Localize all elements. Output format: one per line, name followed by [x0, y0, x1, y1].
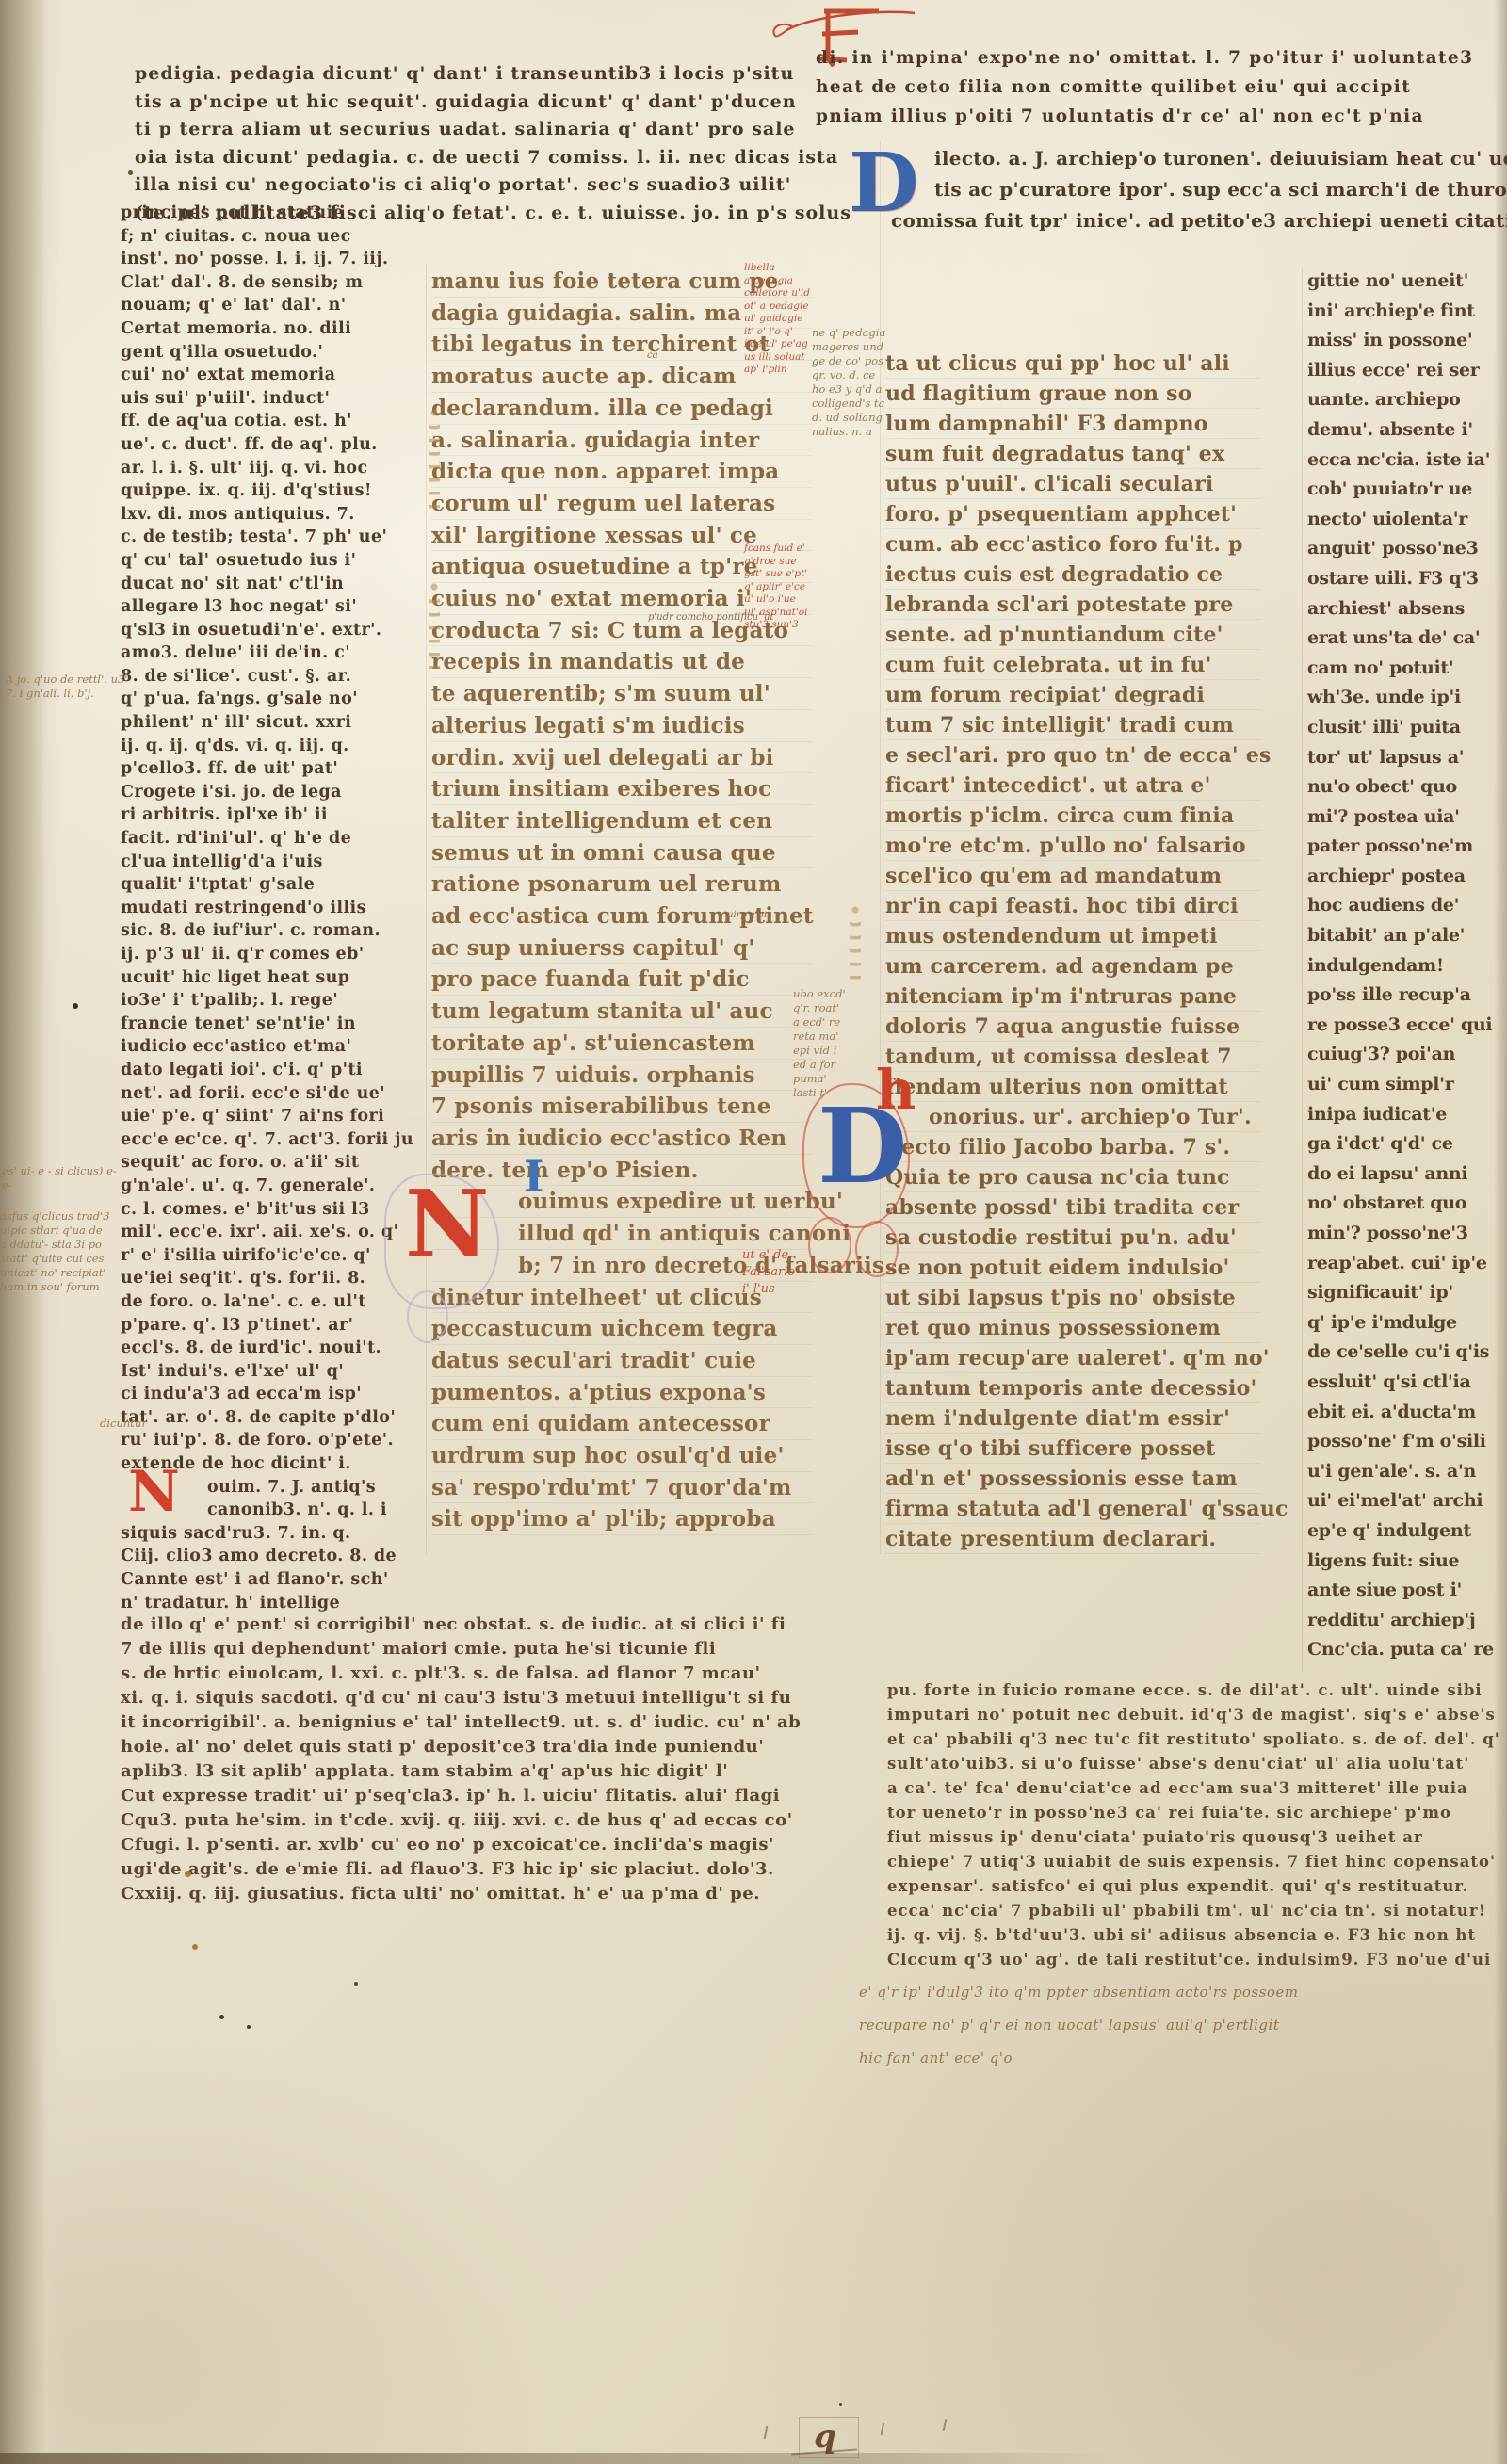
text-line: fiut missus ip' denu'ciata' puiato'ris q… [887, 1825, 1475, 1850]
tick-mark [943, 2419, 948, 2431]
text-line: tor' ut' lapsus a' [1307, 743, 1473, 773]
text-line: ecca' nc'cia' 7 pbabili ul' pbabili tm'.… [887, 1899, 1475, 1923]
text-line: reap'abet. cui' ip'e [1307, 1249, 1473, 1279]
text-line: philent' n' ill' sicut. xxri [121, 711, 403, 735]
text-line: aplib3. l3 sit aplib' applata. tam stabi… [121, 1759, 816, 1784]
text-line: pupillis 7 uiduis. orphanis [431, 1060, 812, 1092]
text-line: Cannte est' i ad flano'r. sch' [121, 1568, 403, 1592]
left-gloss-column: principes pot h' statuief; n' ciuitas. c… [121, 202, 403, 1614]
text-line: po'ss ille recup'a [1307, 981, 1473, 1011]
text-line: nalius. n. a [812, 425, 885, 439]
text-line: pumentos. a'ptius expona's [431, 1377, 812, 1409]
text-line: cum eni quidam antecessor [431, 1408, 812, 1440]
red-gloss-pedagia: libellaa pedagiacolletore u'idot' a peda… [744, 262, 810, 377]
text-line: redditu' archiep'j [1307, 1606, 1473, 1636]
interlinear-note: uirp e'm [727, 910, 767, 920]
text-line: corum ul' regum uel lateras [431, 488, 812, 520]
intercolumn-gloss-b: ubo excd'q'r. roat'a ecd' rereta ma'epi … [793, 987, 846, 1100]
text-line: xi. q. i. siquis sacdoti. q'd cu' ni cau… [121, 1686, 816, 1710]
text-line: peccastucum uichcem tegra [431, 1313, 812, 1345]
text-line: se non potuit eidem indulsio' [885, 1253, 1260, 1283]
text-line: e secl'ari. pro quo tn' de ecca' es [885, 740, 1260, 770]
text-line: asfus q'clicus trad'3 [0, 1209, 110, 1224]
center-text-column: manu ius foie tetera cum pedagia guidagi… [431, 266, 812, 1535]
text-line: it incorrigibil'. a. benignius e' tal' i… [121, 1710, 816, 1735]
margin-note-left-c: asfus q'clicus trad'3uipic stlari q'ua d… [0, 1209, 110, 1294]
text-line: s. de hrtic eiuolcam, l. xxi. c. plt'3. … [121, 1662, 816, 1686]
text-line: aris in iudicio ecc'astico Ren [431, 1123, 812, 1155]
bottom-right-gloss-block: pu. forte in fuicio romane ecce. s. de d… [887, 1678, 1475, 1972]
text-line: mo're etc'm. p'ullo no' falsario [885, 831, 1260, 861]
text-line: Ciij. clio3 amo decreto. 8. de [121, 1545, 403, 1568]
text-line: sum fuit degradatus tanq' ex [885, 439, 1260, 469]
initial-n-nouimus-center: N [405, 1179, 490, 1272]
text-line: tor ueneto'r in posso'ne3 ca' rei fuia't… [887, 1801, 1475, 1825]
text-line: mudati restringend'o illis [121, 897, 403, 920]
text-line: colligend's ta [812, 397, 885, 411]
initial-i-item: I [524, 1155, 544, 1198]
text-line: heat de ceto filia non comitte quilibet … [816, 73, 1475, 102]
text-line: absente possd' tibi tradita cer [885, 1192, 1260, 1223]
text-line: illius ecce' rei ser [1307, 356, 1473, 386]
text-line: ij. q. vij. §. b'td'uu'3. ubi si' adiisu… [887, 1923, 1475, 1948]
column-ruling [426, 264, 427, 1554]
text-line: gent q'illa osuetudo.' [121, 341, 403, 365]
text-line: ge de co' pos [812, 354, 885, 368]
text-line: inst'. no' posse. l. i. ij. 7. iij. [121, 248, 403, 271]
text-line: sa' respo'rdu'mt' 7 quor'da'm [431, 1472, 812, 1504]
text-line: re posse3 ecce' qui [1307, 1011, 1473, 1041]
text-line: tandum, ut comissa desleat 7 [885, 1042, 1260, 1072]
text-line: hoc audiens de' [1307, 891, 1473, 921]
text-line: do ei lapsu' anni [1307, 1159, 1473, 1190]
text-line: declarandum. illa ce pedagi [431, 393, 812, 425]
text-line: datus secul'ari tradit' cuie [431, 1345, 812, 1377]
text-line: us illi soluat [744, 351, 810, 365]
text-line: io3e' i' t'palib;. l. rege' [121, 989, 403, 1013]
text-line: demu'. absente i' [1307, 415, 1473, 446]
text-line: 7 de illis qui dephendunt' maiori cmie. … [121, 1637, 816, 1662]
text-line: miss' in possone' [1307, 326, 1473, 356]
text-line: allegare l3 hoc negat' si' [121, 595, 403, 619]
text-line: tis a p'ncipe ut hic sequit'. guidagia d… [135, 89, 817, 117]
text-line: francie tenet' se'nt'ie' in [121, 1013, 403, 1036]
text-line: i' l'us [742, 1281, 795, 1298]
text-line: mus ostendendum ut impeti [885, 921, 1260, 951]
text-line: a ddatu'- stla'3i po [0, 1238, 110, 1252]
text-line: pater posso'ne'm [1307, 832, 1473, 862]
text-line: pu. forte in fuicio romane ecce. s. de d… [887, 1678, 1475, 1703]
tick-mark [881, 2423, 885, 2435]
margin-note-left-a: A jo. q'uo de rettl'. u3'7. i gn'ali. li… [6, 673, 127, 701]
tick-mark [764, 2426, 769, 2439]
text-line: ordin. xvij uel delegati ar bi [431, 742, 812, 774]
text-line: te aquerentib; s'm suum ul' [431, 678, 812, 710]
text-line: dicta que non. apparet impa [431, 456, 812, 488]
text-line: ac sup uniuerss capitul' q' [431, 932, 812, 965]
text-line: ap' i'plin [744, 364, 810, 377]
text-line: ud flagitium graue non so [885, 379, 1260, 409]
ink-speck [73, 1003, 78, 1009]
text-line: min'? posso'ne'3 [1307, 1219, 1473, 1249]
ink-speck [185, 1871, 191, 1877]
text-line: Cut expresse tradit' ui' p'seq'cla3. ip'… [121, 1784, 816, 1808]
text-line: Cnc'cia. puta ca' re [1307, 1635, 1473, 1665]
text-line: ri arbitris. ipl'xe ib' ii [121, 803, 403, 827]
text-line: q' p'ua. fa'ngs. g'sale no' [121, 688, 403, 711]
red-gloss-fcans: fcans fuid e'q'droe suegst' sue e'pt'q' … [744, 543, 807, 632]
text-line: pro pace fuanda fuit p'dic [431, 964, 812, 996]
text-line: stu'3 suu'3 [744, 619, 807, 632]
ink-speck [839, 2403, 842, 2406]
text-line: ip'am recup'are ualeret'. q'm no' [885, 1343, 1260, 1373]
margin-note-dicuntur: dicuntur [100, 1417, 147, 1431]
text-line: ne q' pedagia [812, 326, 885, 340]
text-line: toritate ap'. st'uiencastem [431, 1028, 812, 1060]
gold-chain-filler [429, 579, 440, 669]
red-gloss-falsario: ut e' deFal'sarioi' l'us [742, 1247, 795, 1298]
manuscript-page: pedigia. pedagia dicunt' q' dant' i tran… [0, 0, 1507, 2464]
text-line: ci indu'a'3 ad ecca'm isp' [121, 1383, 403, 1406]
text-line: ecca nc'cia. iste ia' [1307, 446, 1473, 476]
text-line: ficart' intecedict'. ut atra e' [885, 770, 1260, 801]
text-line: ducat no' sit nat' c'tl'in [121, 573, 403, 596]
text-line: ff. de aq'ua cotia. est. h' [121, 410, 403, 433]
text-line: ij. q. ij. q'ds. vi. q. iij. q. [121, 735, 403, 758]
text-line: amo3. delue' iii de'in. c' [121, 641, 403, 665]
text-line: mageres und [812, 340, 885, 354]
text-line: Cqu3. puta he'sim. in t'cde. xvij. q. ii… [121, 1808, 816, 1833]
text-line: alterius legati s'm iudicis [431, 710, 812, 742]
text-line: fiendam ulterius non omittat [885, 1072, 1260, 1102]
text-line: fcans fuid e' [744, 543, 807, 556]
text-line: ilecto. a. J. archiep'o turonen'. deiuui… [848, 143, 1474, 174]
text-line: de foro. o. la'ne'. c. e. ul't [121, 1290, 403, 1314]
text-line: doloris 7 aqua angustie fuisse [885, 1012, 1260, 1042]
column-ruling [1302, 268, 1303, 1672]
text-line: iudicio ecc'astico et'ma' [121, 1035, 403, 1059]
text-line: ebit ei. a'ducta'm [1307, 1398, 1473, 1428]
text-line: qualit' i'tptat' g'sale [121, 873, 403, 897]
text-line: sult'ato'uib3. si u'o fuisse' abse's den… [887, 1752, 1475, 1776]
text-line: A jo. q'uo de rettl'. u3' [6, 673, 127, 687]
text-line: gittie no' ueneit' [1307, 267, 1473, 297]
text-line: 7. i gn'ali. li. b'j. [6, 687, 127, 701]
text-line: ham in sou' forum [0, 1280, 110, 1294]
text-line: inipa iudicat'e [1307, 1100, 1473, 1130]
text-line: pniam illius p'oiti 7 uoluntatis d'r ce'… [816, 102, 1475, 131]
text-line: tum legatum stanita ul' auc [431, 996, 812, 1028]
text-line: anguit' posso'ne3 [1307, 534, 1473, 564]
text-line: ratione psonarum uel rerum [431, 868, 812, 900]
penwork-red [855, 1221, 899, 1277]
text-line: ad'n et' possessionis esse tam [885, 1464, 1260, 1494]
text-line: ui' ei'mel'at' archi [1307, 1486, 1473, 1516]
text-line: facit. rd'ini'ul'. q' h'e de [121, 827, 403, 851]
text-line: hoie. al' no' delet quis stati p' deposi… [121, 1735, 816, 1759]
text-line: cl'ua intellig'd'a i'uis [121, 851, 403, 874]
text-line: ante siue post i' [1307, 1576, 1473, 1606]
text-line: dicuntur [100, 1417, 147, 1431]
text-line: recepis in mandatis ut de [431, 646, 812, 678]
text-line: it' e' i'o q' [744, 326, 810, 339]
text-line: lum dampnabil' F3 dampno [885, 409, 1260, 439]
page-bottom-edge [0, 2453, 1111, 2464]
text-line: a ca'. te' fca' denu'ciat'ce ad ecc'am s… [887, 1776, 1475, 1801]
text-line: nem i'ndulgente diat'm essir' [885, 1403, 1260, 1434]
text-line: e- [2, 1178, 117, 1192]
text-line: ar. l. i. §. ult' iij. q. vi. hoc [121, 457, 403, 480]
dilecto-paragraph: ilecto. a. J. archiep'o turonen'. deiuui… [848, 143, 1474, 236]
text-line: p'pare. q'. l3 p'tinet'. ar' [121, 1314, 403, 1337]
text-line: siquis sacd'ru3. 7. in. q. [121, 1522, 403, 1546]
interlinear-note: ca [647, 350, 658, 361]
text-line: ij. p'3 ul' ii. q'r comes eb' [121, 943, 403, 966]
text-line: reta ma' [793, 1029, 846, 1044]
text-line: nouam; q' e' lat' dal'. n' [121, 294, 403, 317]
cursive-addendum: e' q'r ip' i'dulg'3 ito q'm ppter absent… [859, 1976, 1368, 2075]
text-line: ga i'dct' q'd' ce [1307, 1129, 1473, 1159]
text-line: um carcerem. ad agendam pe [885, 951, 1260, 981]
text-line: erat uns'ta de' ca' [1307, 624, 1473, 654]
text-line: utus p'uuil'. cl'icali seculari [885, 469, 1260, 499]
text-line: q' cu' tal' osuetudo ius i' [121, 549, 403, 573]
ink-speck [219, 2015, 224, 2019]
text-line: ilecto filio Jacobo barba. 7 s'. [885, 1132, 1260, 1162]
text-line: necto' uiolenta'r [1307, 505, 1473, 535]
text-line: posso'ne' f'm o'sili [1307, 1427, 1473, 1457]
text-line: isse q'o tibi sufficere posset [885, 1434, 1260, 1464]
text-line: ubo excd' [793, 987, 846, 1001]
text-line: ut e' de [742, 1247, 795, 1264]
text-line: ti p terra aliam ut securius uadat. sali… [135, 116, 817, 144]
text-line: q'sl3 in osuetudi'n'e'. extr'. [121, 619, 403, 642]
text-line: de ce'selle cu'i q'is [1307, 1337, 1473, 1368]
text-line: q' aplir' e'ce [744, 581, 807, 594]
text-line: g'n'ale'. u'. q. 7. generale'. [121, 1175, 403, 1198]
text-line: uis sui' p'uiil'. induct' [121, 387, 403, 411]
text-line: de illo q' e' pent' si corrigibil' nec o… [121, 1613, 816, 1637]
text-line: di. in i'mpina' expo'ne no' omittat. l. … [816, 43, 1475, 73]
text-line: c. l. comes. e' b'it'us sii l3 [121, 1198, 403, 1222]
text-line: Quia te pro causa nc'cia tunc [885, 1162, 1260, 1192]
text-line: archiest' absens [1307, 594, 1473, 624]
text-line: nitenciam ip'm i'ntruras pane [885, 981, 1260, 1012]
text-line: sa custodie restitui pu'n. adu' [885, 1223, 1260, 1253]
text-line: tum 7 sic intelligit' tradi cum [885, 710, 1260, 740]
text-line: ul' guidagie [744, 313, 810, 326]
text-line: cob' puuiato'r ue [1307, 475, 1473, 505]
ink-speck [354, 1982, 358, 1986]
text-line: q'r. roat' [793, 1001, 846, 1015]
text-line: u'i gen'ale'. s. a'n [1307, 1457, 1473, 1487]
text-line: q'droe sue [744, 556, 807, 569]
text-line: net'. ad forii. ecc'e si'de ue' [121, 1082, 403, 1106]
text-line: cam no' potuit' [1307, 654, 1473, 684]
text-line: statt' q'uite cui ces [0, 1252, 110, 1266]
text-line: sic. 8. de iuf'iur'. c. roman. [121, 919, 403, 943]
initial-d-dilecto-lower: D [818, 1094, 907, 1198]
ink-speck [128, 170, 133, 175]
text-line: u' ul'o i'ue [744, 593, 807, 607]
text-line: expensar'. satisfco' ei qui plus expendi… [887, 1874, 1475, 1899]
text-line: firma statuta ad'l general' q'ssauc [885, 1494, 1260, 1524]
text-line: ret quo minus possessionem [885, 1313, 1260, 1343]
text-line: ho e3 y q'd a [812, 382, 885, 397]
text-line: principes pot h' statuie [121, 202, 403, 225]
text-line: ep'e q' indulgent [1307, 1516, 1473, 1547]
text-line: d. ud soliang [812, 411, 885, 425]
text-line: Ist' indui's. e'l'xe' ul' q' [121, 1360, 403, 1384]
text-line: ostare uili. F3 q'3 [1307, 564, 1473, 594]
text-line: tat'. ar. o'. 8. de capite p'dlo' [121, 1406, 403, 1430]
text-line: Clat' dal'. 8. de sensib; m [121, 271, 403, 295]
text-line: ue'. c. duct'. ff. de aq'. plu. [121, 433, 403, 457]
text-line: oia ista dicunt' pedagia. c. de uecti 7 … [135, 144, 817, 172]
text-line: illa nisi cu' negociato'is ci aliq'o por… [135, 171, 817, 200]
gold-chain-filler [850, 902, 861, 987]
text-line: uie' p'e. q' siint' 7 ai'ns fori [121, 1105, 403, 1128]
text-line: cum fuit celebrata. ut in fu' [885, 650, 1260, 680]
text-line: mil'. ecc'e. ixr'. aii. xe's. o. q' [121, 1221, 403, 1244]
ink-speck [247, 2025, 251, 2029]
text-line: significauit' ip' [1307, 1278, 1473, 1308]
text-line: Crogete i'si. jo. de lega [121, 781, 403, 804]
text-line: comissa fuit tpr' inice'. ad petito'e3 a… [848, 205, 1474, 236]
text-line: pedigia. pedagia dicunt' q' dant' i tran… [135, 60, 817, 89]
text-line: tantum temporis ante decessio' [885, 1373, 1260, 1403]
text-line: 8. de si'lice'. cust'. §. ar. [121, 665, 403, 689]
text-line: dato legati ioi'. c'i. q' p'ti [121, 1059, 403, 1082]
text-line: ecc'e ec'ce. q'. 7. act'3. forii ju [121, 1128, 403, 1152]
text-line: c. de testib; testa'. 7 ph' ue' [121, 526, 403, 549]
text-line: ugi'de agit's. de e'mie fli. ad flauo'3.… [121, 1857, 816, 1882]
text-line: quippe. ix. q. iij. d'q'stius! [121, 479, 403, 503]
text-line: no' obstaret quo [1307, 1189, 1473, 1219]
text-line: a ecd' re [793, 1015, 846, 1029]
text-line: indulgendam! [1307, 951, 1473, 981]
margin-note-left-b: es' ui- e - si clicus) e-e- [2, 1164, 117, 1192]
text-line: p'cello3. ff. de uit' pat' [121, 757, 403, 781]
right-narrow-column: gittie no' ueneit'ini' archiep'e fintmis… [1307, 267, 1473, 1665]
text-line: ru' iui'p'. 8. de foro. o'p'ete'. [121, 1429, 403, 1452]
text-line: ul' asp'nat'oi [744, 607, 807, 620]
text-line: bitabit' an p'ale' [1307, 921, 1473, 951]
text-line: et ca' pbabili q'3 nec tu'c fit restitut… [887, 1727, 1475, 1752]
text-line: Certat memoria. no. dili [121, 317, 403, 341]
text-line: essluit' q'si ctl'ia [1307, 1368, 1473, 1398]
text-line: nr'in capi feasti. hoc tibi dirci [885, 891, 1260, 921]
text-line: scel'ico qu'em ad mandatum [885, 861, 1260, 891]
text-line: urdrum sup hoc osul'q'd uie' [431, 1440, 812, 1472]
text-line: foro. p' psequentiam apphcet' [885, 499, 1260, 529]
text-line: 7 psonis miserabilibus tene [431, 1091, 812, 1123]
text-line: semus ut in omni causa que [431, 837, 812, 869]
text-line: ucuit' hic liget heat sup [121, 966, 403, 990]
text-line: e' q'r ip' i'dulg'3 ito q'm ppter absent… [859, 1976, 1368, 2009]
text-line: unicat' no' recipiat' [0, 1266, 110, 1280]
text-line: wh'3e. unde ip'i [1307, 683, 1473, 713]
text-line: ue'iei seq'it'. q's. for'ii. 8. [121, 1267, 403, 1290]
text-line: libella [744, 262, 810, 275]
text-line: f; n' ciuitas. c. noua uec [121, 225, 403, 249]
text-line: qr. vo. d. ce [812, 368, 885, 382]
text-line: sequit' ac foro. o. a'ii' sit [121, 1151, 403, 1175]
intercolumn-gloss-a: ne q' pedagiamageres undge de co' posqr.… [812, 326, 885, 439]
text-line: epi vid i [793, 1044, 846, 1058]
text-line: clusit' illi' puita [1307, 713, 1473, 743]
text-line: Fal'sario [742, 1264, 795, 1281]
text-line: gst' sue e'pt' [744, 568, 807, 581]
text-line: ini' archiep'e fint [1307, 297, 1473, 327]
text-line: uante. archiepo [1307, 385, 1473, 415]
text-line: uipic stlari q'ua de [0, 1224, 110, 1238]
text-line: lxv. di. mos antiquius. 7. [121, 503, 403, 527]
text-line: ui' cum simpl'r [1307, 1070, 1473, 1100]
text-line: archiepr' postea [1307, 862, 1473, 892]
text-line: ed a for [793, 1058, 846, 1072]
bottom-left-gloss-block: de illo q' e' pent' si corrigibil' nec o… [121, 1613, 816, 1906]
text-line: Cxxiij. q. iij. giusatius. ficta ulti' n… [121, 1882, 816, 1906]
penwork-lilac [407, 1290, 448, 1343]
text-line: Cfugi. l. p'senti. ar. xvlb' cu' eo no' … [121, 1833, 816, 1857]
text-line: lebranda scl'ari potestate pre [885, 590, 1260, 620]
text-line: onorius. ur'. archiep'o Tur'. [885, 1102, 1260, 1132]
text-line: um forum recipiat' degradi [885, 680, 1260, 710]
text-line: cum. ab ecc'astico foro fu'it. p [885, 529, 1260, 559]
leaf-signature: q [814, 2421, 836, 2453]
ink-speck [192, 1944, 198, 1950]
text-line: cuiug'3? poi'an [1307, 1040, 1473, 1070]
text-line: chiepe' 7 utiq'3 uuiabit de suis expensi… [887, 1850, 1475, 1874]
text-line: ut sibi lapsus t'pis no' obsiste [885, 1283, 1260, 1313]
text-line: Clccum q'3 uo' ag'. de tali restitut'ce.… [887, 1948, 1475, 1972]
gold-chain-filler [429, 405, 440, 516]
text-line: iectus cuis est degradatio ce [885, 559, 1260, 590]
text-line: ot' a pedagie [744, 300, 810, 314]
text-line: es' ui- e - si clicus) e- [2, 1164, 117, 1178]
text-line: i'de ul' pe'ag [744, 338, 810, 351]
text-line: taliter intelligendum et cen [431, 805, 812, 837]
text-line: puma' [793, 1072, 846, 1086]
text-line: tis ac p'curatore ipor'. sup ecc'a sci m… [848, 174, 1474, 205]
text-line: sit opp'imo a' pl'ib; approba [431, 1503, 812, 1535]
text-line: citate presentium declarari. [885, 1524, 1260, 1554]
text-line: ligens fuit: siue [1307, 1547, 1473, 1577]
text-line: a pedagia [744, 275, 810, 288]
text-line: trium insitiam exiberes hoc [431, 773, 812, 805]
text-line: mi'? postea uia' [1307, 802, 1473, 833]
text-line: cui' no' extat memoria [121, 364, 403, 387]
text-line: lasti t' [793, 1086, 846, 1100]
penwork-red [808, 1217, 851, 1273]
text-line: imputari no' potuit nec debuit. id'q'3 d… [887, 1703, 1475, 1727]
text-line: a. salinaria. guidagia inter [431, 425, 812, 457]
text-line: ta ut clicus qui pp' hoc ul' ali [885, 349, 1260, 379]
text-line: hic fan' ant' ece' q'o [859, 2042, 1368, 2075]
right-text-column: ta ut clicus qui pp' hoc ul' aliud flagi… [885, 349, 1260, 1554]
initial-n-nouim-left: N [128, 1464, 180, 1520]
text-line: n' tradatur. h' intellige [121, 1592, 403, 1615]
text-line: r' e' i'silia uirifo'ic'e'ce. q' [121, 1244, 403, 1268]
top-right-gloss-block: di. in i'mpina' expo'ne no' omittat. l. … [816, 43, 1475, 131]
text-line: eccl's. 8. de iurd'ic'. noui't. [121, 1337, 403, 1360]
text-line: q' ip'e i'mdulge [1307, 1308, 1473, 1338]
text-line: sente. ad p'nuntiandum cite' [885, 620, 1260, 650]
text-line: nu'o obect' quo [1307, 772, 1473, 802]
text-line: recupare no' p' q'r ei non uocat' lapsus… [859, 2009, 1368, 2042]
text-line: mortis p'iclm. circa cum finia [885, 801, 1260, 831]
